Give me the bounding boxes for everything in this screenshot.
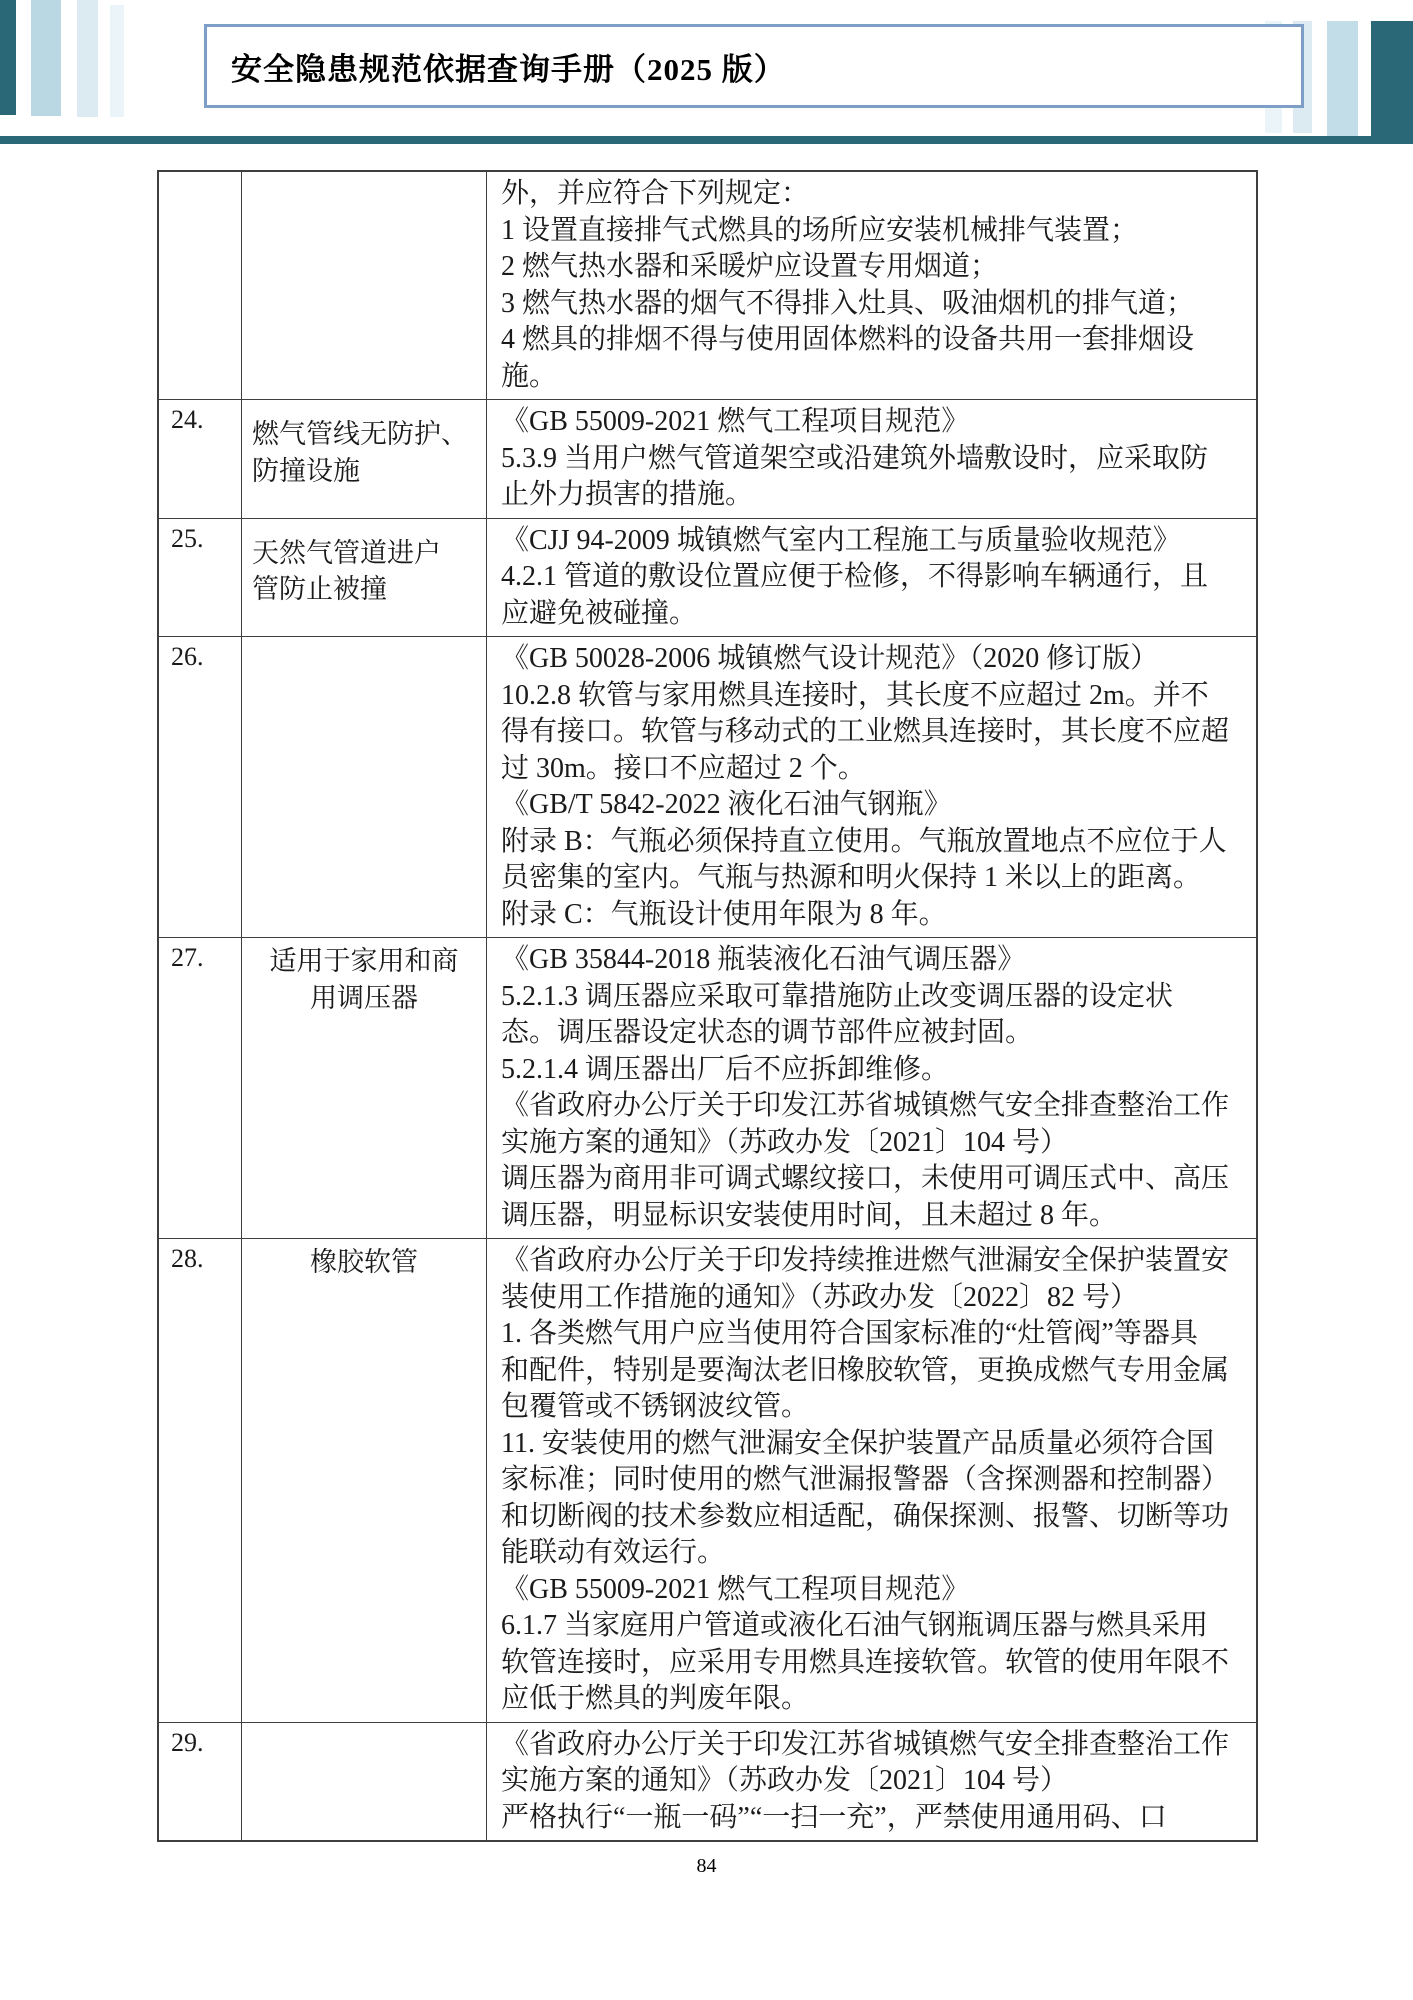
row-number-cell: 24. bbox=[159, 400, 242, 518]
content-line: 《GB 55009-2021 燃气工程项目规范》 bbox=[501, 1572, 1248, 1609]
content-line: 《GB 50028-2006 城镇燃气设计规范》（2020 修订版） bbox=[501, 641, 1248, 678]
decor-left-stripe-2 bbox=[77, 0, 98, 117]
category-cell bbox=[242, 172, 487, 399]
content-line: 实施方案的通知》（苏政办发〔2021〕104 号） bbox=[501, 1125, 1248, 1162]
row-number-cell: 28. bbox=[159, 1239, 242, 1722]
content-line: 和切断阀的技术参数应相适配，确保探测、报警、切断等功 bbox=[501, 1499, 1248, 1536]
category-cell bbox=[242, 1723, 487, 1841]
content-cell: 《省政府办公厅关于印发江苏省城镇燃气安全排查整治工作实施方案的通知》（苏政办发〔… bbox=[487, 1723, 1256, 1841]
content-line: 包覆管或不锈钢波纹管。 bbox=[501, 1389, 1248, 1426]
table-row: 24.燃气管线无防护、防撞设施《GB 55009-2021 燃气工程项目规范》5… bbox=[159, 399, 1256, 518]
content-line: 《省政府办公厅关于印发江苏省城镇燃气安全排查整治工作 bbox=[501, 1088, 1248, 1125]
decor-left-stripe-3 bbox=[110, 5, 124, 117]
category-cell: 橡胶软管 bbox=[242, 1239, 487, 1722]
page-title: 安全隐患规范依据查询手册（2025 版） bbox=[231, 44, 786, 89]
content-line: 附录 C：气瓶设计使用年限为 8 年。 bbox=[501, 897, 1248, 934]
page-header-box: 安全隐患规范依据查询手册（2025 版） bbox=[204, 24, 1304, 108]
content-line: 《GB/T 5842-2022 液化石油气钢瓶》 bbox=[501, 787, 1248, 824]
content-line: 调压器为商用非可调式螺纹接口，未使用可调压式中、高压 bbox=[501, 1161, 1248, 1198]
content-line: 应低于燃具的判废年限。 bbox=[501, 1681, 1248, 1718]
content-line: 4.2.1 管道的敷设位置应便于检修，不得影响车辆通行，且 bbox=[501, 559, 1248, 596]
content-line: 《GB 55009-2021 燃气工程项目规范》 bbox=[501, 404, 1248, 441]
content-line: 2 燃气热水器和采暖炉应设置专用烟道； bbox=[501, 249, 1248, 286]
table-row: 26.《GB 50028-2006 城镇燃气设计规范》（2020 修订版）10.… bbox=[159, 636, 1256, 937]
content-line: 附录 B：气瓶必须保持直立使用。气瓶放置地点不应位于人 bbox=[501, 824, 1248, 861]
content-line: 装使用工作措施的通知》（苏政办发〔2022〕82 号） bbox=[501, 1280, 1248, 1317]
content-line: 5.2.1.4 调压器出厂后不应拆卸维修。 bbox=[501, 1052, 1248, 1089]
table-row: 27.适用于家用和商用调压器《GB 35844-2018 瓶装液化石油气调压器》… bbox=[159, 937, 1256, 1238]
category-cell: 燃气管线无防护、防撞设施 bbox=[242, 400, 487, 518]
row-number-cell: 26. bbox=[159, 637, 242, 937]
content-line: 得有接口。软管与移动式的工业燃具连接时，其长度不应超 bbox=[501, 714, 1248, 751]
content-line: 调压器，明显标识安装使用时间，且未超过 8 年。 bbox=[501, 1198, 1248, 1235]
category-line: 管防止被撞 bbox=[252, 571, 480, 608]
table-row: 25.天然气管道进户管防止被撞《CJJ 94-2009 城镇燃气室内工程施工与质… bbox=[159, 518, 1256, 637]
content-line: 家标准；同时使用的燃气泄漏报警器（含探测器和控制器） bbox=[501, 1462, 1248, 1499]
content-line: 软管连接时，应采用专用燃具连接软管。软管的使用年限不 bbox=[501, 1645, 1248, 1682]
content-cell: 《GB 55009-2021 燃气工程项目规范》5.3.9 当用户燃气管道架空或… bbox=[487, 400, 1256, 518]
category-line: 天然气管道进户 bbox=[252, 535, 480, 572]
content-line: 施。 bbox=[501, 359, 1248, 396]
table-row: 28.橡胶软管《省政府办公厅关于印发持续推进燃气泄漏安全保护装置安装使用工作措施… bbox=[159, 1238, 1256, 1722]
category-cell: 天然气管道进户管防止被撞 bbox=[242, 519, 487, 637]
content-line: 10.2.8 软管与家用燃具连接时，其长度不应超过 2m。并不 bbox=[501, 678, 1248, 715]
category-line: 橡胶软管 bbox=[244, 1244, 484, 1281]
content-line: 态。调压器设定状态的调节部件应被封固。 bbox=[501, 1015, 1248, 1052]
content-line: 员密集的室内。气瓶与热源和明火保持 1 米以上的距离。 bbox=[501, 860, 1248, 897]
row-number-cell: 27. bbox=[159, 938, 242, 1238]
content-line: 《CJJ 94-2009 城镇燃气室内工程施工与质量验收规范》 bbox=[501, 523, 1248, 560]
content-line: 《GB 35844-2018 瓶装液化石油气调压器》 bbox=[501, 942, 1248, 979]
header-divider-bar bbox=[0, 136, 1413, 144]
content-line: 止外力损害的措施。 bbox=[501, 477, 1248, 514]
content-line: 11. 安装使用的燃气泄漏安全保护装置产品质量必须符合国 bbox=[501, 1426, 1248, 1463]
content-line: 《省政府办公厅关于印发持续推进燃气泄漏安全保护装置安 bbox=[501, 1243, 1248, 1280]
content-cell: 外，并应符合下列规定：1 设置直接排气式燃具的场所应安装机械排气装置；2 燃气热… bbox=[487, 172, 1256, 399]
content-line: 5.3.9 当用户燃气管道架空或沿建筑外墙敷设时，应采取防 bbox=[501, 441, 1248, 478]
rules-table: 外，并应符合下列规定：1 设置直接排气式燃具的场所应安装机械排气装置；2 燃气热… bbox=[157, 170, 1258, 1842]
row-number-cell: 29. bbox=[159, 1723, 242, 1841]
page-number: 84 bbox=[0, 1855, 1413, 1878]
decor-right-stripe-3 bbox=[1327, 21, 1358, 136]
content-cell: 《省政府办公厅关于印发持续推进燃气泄漏安全保护装置安装使用工作措施的通知》（苏政… bbox=[487, 1239, 1256, 1722]
category-line: 燃气管线无防护、 bbox=[252, 416, 480, 453]
content-line: 3 燃气热水器的烟气不得排入灶具、吸油烟机的排气道； bbox=[501, 286, 1248, 323]
category-line: 适用于家用和商 bbox=[244, 943, 484, 980]
content-line: 外，并应符合下列规定： bbox=[501, 176, 1248, 213]
table-row: 29.《省政府办公厅关于印发江苏省城镇燃气安全排查整治工作实施方案的通知》（苏政… bbox=[159, 1722, 1256, 1841]
content-cell: 《CJJ 94-2009 城镇燃气室内工程施工与质量验收规范》4.2.1 管道的… bbox=[487, 519, 1256, 637]
content-line: 过 30m。接口不应超过 2 个。 bbox=[501, 751, 1248, 788]
content-line: 实施方案的通知》（苏政办发〔2021〕104 号） bbox=[501, 1763, 1248, 1800]
row-number-cell: 25. bbox=[159, 519, 242, 637]
content-line: 1. 各类燃气用户应当使用符合国家标准的“灶管阀”等器具 bbox=[501, 1316, 1248, 1353]
content-cell: 《GB 35844-2018 瓶装液化石油气调压器》5.2.1.3 调压器应采取… bbox=[487, 938, 1256, 1238]
decor-left-teal-block bbox=[0, 0, 16, 115]
content-line: 1 设置直接排气式燃具的场所应安装机械排气装置； bbox=[501, 213, 1248, 250]
content-line: 能联动有效运行。 bbox=[501, 1535, 1248, 1572]
content-cell: 《GB 50028-2006 城镇燃气设计规范》（2020 修订版）10.2.8… bbox=[487, 637, 1256, 937]
category-line: 用调压器 bbox=[244, 980, 484, 1017]
content-line: 5.2.1.3 调压器应采取可靠措施防止改变调压器的设定状 bbox=[501, 979, 1248, 1016]
table-row: 外，并应符合下列规定：1 设置直接排气式燃具的场所应安装机械排气装置；2 燃气热… bbox=[159, 172, 1256, 399]
content-line: 《省政府办公厅关于印发江苏省城镇燃气安全排查整治工作 bbox=[501, 1727, 1248, 1764]
content-line: 严格执行“一瓶一码”“一扫一充”，严禁使用通用码、口 bbox=[501, 1800, 1248, 1837]
decor-left-stripe-1 bbox=[31, 0, 61, 116]
document-page: 安全隐患规范依据查询手册（2025 版） 外，并应符合下列规定：1 设置直接排气… bbox=[0, 0, 1413, 2000]
row-number-cell bbox=[159, 172, 242, 399]
content-line: 应避免被碰撞。 bbox=[501, 596, 1248, 633]
category-cell: 适用于家用和商用调压器 bbox=[242, 938, 487, 1238]
content-line: 4 燃具的排烟不得与使用固体燃料的设备共用一套排烟设 bbox=[501, 322, 1248, 359]
category-cell bbox=[242, 637, 487, 937]
content-line: 和配件，特别是要淘汰老旧橡胶软管，更换成燃气专用金属 bbox=[501, 1353, 1248, 1390]
decor-right-teal-block bbox=[1371, 21, 1413, 144]
category-line: 防撞设施 bbox=[252, 453, 480, 490]
content-line: 6.1.7 当家庭用户管道或液化石油气钢瓶调压器与燃具采用 bbox=[501, 1608, 1248, 1645]
